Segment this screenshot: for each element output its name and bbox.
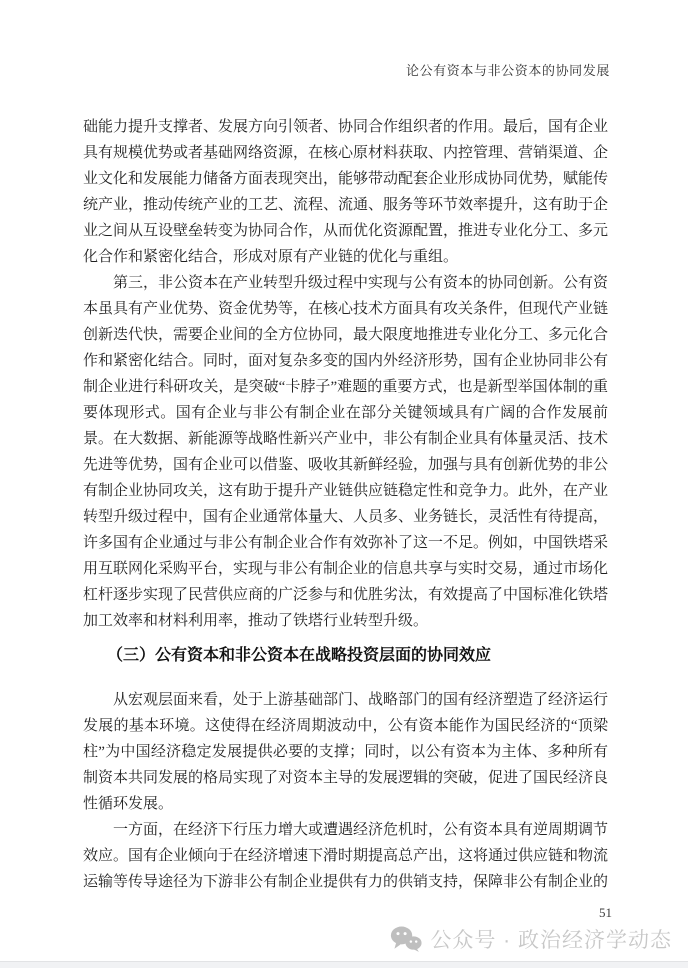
bottom-edge-bar (0, 961, 688, 968)
paragraph: 一方面，在经济下行压力增大或遭遇经济危机时，公有资本具有逆周期调节效应。国有企业… (83, 817, 608, 895)
section-heading: （三）公有资本和非公资本在战略投资层面的协同效应 (83, 643, 608, 669)
running-header-title: 论公有资本与非公资本的协同发展 (406, 60, 610, 79)
wechat-icon (390, 925, 422, 953)
document-body: 础能力提升支撑者、发展方向引领者、协同合作组织者的作用。最后，国有企业具有规模优… (83, 114, 608, 895)
paragraph: 第三，非公资本在产业转型升级过程中实现与公有资本的协同创新。公有资本虽具有产业优… (83, 270, 608, 634)
document-page: 论公有资本与非公资本的协同发展 础能力提升支撑者、发展方向引领者、协同合作组织者… (0, 0, 688, 968)
watermark: 公众号 · 政治经济学动态 (390, 924, 672, 954)
watermark-text: 公众号 · 政治经济学动态 (430, 924, 672, 954)
paragraph-continuation: 础能力提升支撑者、发展方向引领者、协同合作组织者的作用。最后，国有企业具有规模优… (83, 114, 608, 270)
paragraph: 从宏观层面来看，处于上游基础部门、战略部门的国有经济塑造了经济运行发展的基本环境… (83, 687, 608, 817)
page-number: 51 (599, 905, 612, 921)
